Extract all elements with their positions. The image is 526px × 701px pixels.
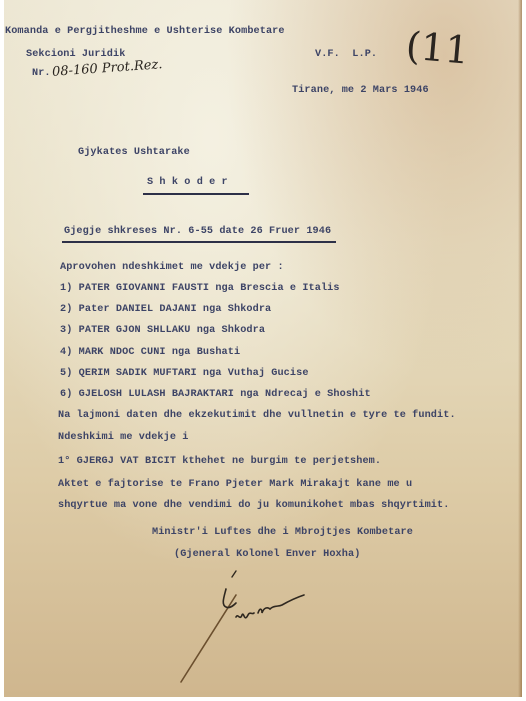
city-underline [143,193,249,195]
classification-mark: V.F. L.P. [315,49,377,60]
signatory-name: (Gjeneral Kolonel Enver Hoxha) [174,549,360,560]
sentenced-item: 4) MARK NDOC CUNI nga Bushati [60,347,240,358]
subject-line: Gjegje shkreses Nr. 6-55 date 26 Fruer 1… [64,226,331,237]
subject-underline [62,241,336,243]
sentenced-item: 3) PATER GJON SHLLAKU nga Shkodra [60,325,265,336]
handwritten-signature [174,565,324,690]
document-page: Komanda e Pergjitheshme e Ushterise Komb… [4,0,522,697]
recipient-city: S h k o d e r [147,177,228,188]
pending-line-1: Aktet e fajtorise te Frano Pjeter Mark M… [58,479,412,490]
number-label: Nr. [32,68,51,79]
handwritten-page-mark: (11 [404,23,471,72]
pending-line-2: shqyrtue ma vone dhe vendimi do ju komun… [58,500,449,511]
signatory-title: Ministr'i Luftes dhe i Mbrojtjes Kombeta… [152,527,413,538]
notify-line: Na lajmoni daten dhe ekzekutimit dhe vul… [58,410,456,421]
approval-intro: Aprovohen ndeshkimet me vdekje per : [60,262,284,273]
recipient-court: Gjykates Ushtarake [78,147,190,158]
sentenced-item: 6) GJELOSH LULASH BAJRAKTARI nga Ndrecaj… [60,389,371,400]
handwritten-protocol-number: 08-160 Prot.Rez. [52,57,163,80]
commute-line: 1° GJERGJ VAT BICIT kthehet ne burgim te… [58,456,381,467]
section-name: Sekcioni Juridik [26,49,125,60]
commute-intro: Ndeshkimi me vdekje i [58,432,188,443]
institution-name: Komanda e Pergjitheshme e Ushterise Komb… [5,26,285,37]
sentenced-item: 1) PATER GIOVANNI FAUSTI nga Brescia e I… [60,283,340,294]
sentenced-item: 5) QERIM SADIK MUFTARI nga Vuthaj Gucise [60,368,309,379]
place-date: Tirane, me 2 Mars 1946 [292,85,429,96]
sentenced-item: 2) Pater DANIEL DAJANI nga Shkodra [60,304,271,315]
